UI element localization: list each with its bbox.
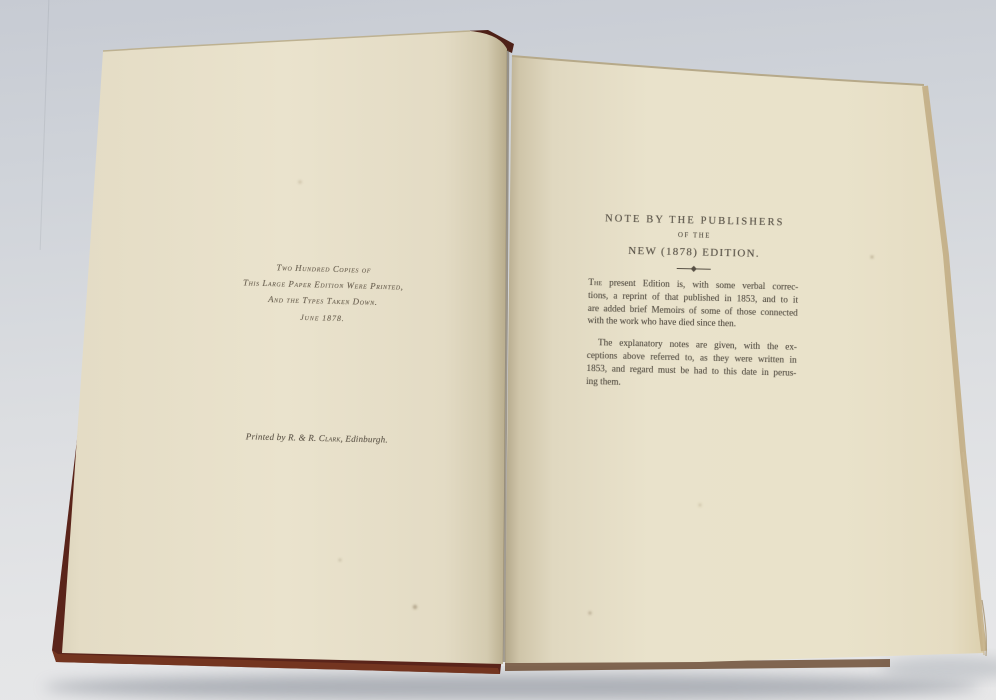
note-paragraph-1: The present Edition is, with some verbal… — [587, 276, 798, 332]
limitation-notice: Two Hundred Copies of This Large Paper E… — [188, 257, 458, 330]
left-page — [62, 31, 507, 664]
book-photo: Two Hundred Copies of This Large Paper E… — [0, 0, 996, 700]
heading-ornament-icon — [675, 264, 713, 274]
imprint-prefix: Printed by R. & R. — [246, 431, 319, 443]
note-paragraph-2: The explanatory notes are given, with th… — [586, 336, 797, 392]
note-heading-line2: OF THE — [589, 230, 799, 243]
fore-edge-shadow — [880, 656, 996, 680]
note-heading-line3: NEW (1878) EDITION. — [589, 244, 799, 262]
open-book — [0, 0, 996, 700]
paragraph-lead: The — [588, 277, 602, 287]
imprint-suffix: , Edinburgh. — [340, 433, 388, 444]
publishers-note: NOTE BY THE PUBLISHERS OF THE NEW (1878)… — [586, 212, 800, 392]
imprint-printer-name: Clark — [319, 433, 341, 443]
book-shadow — [44, 674, 980, 700]
